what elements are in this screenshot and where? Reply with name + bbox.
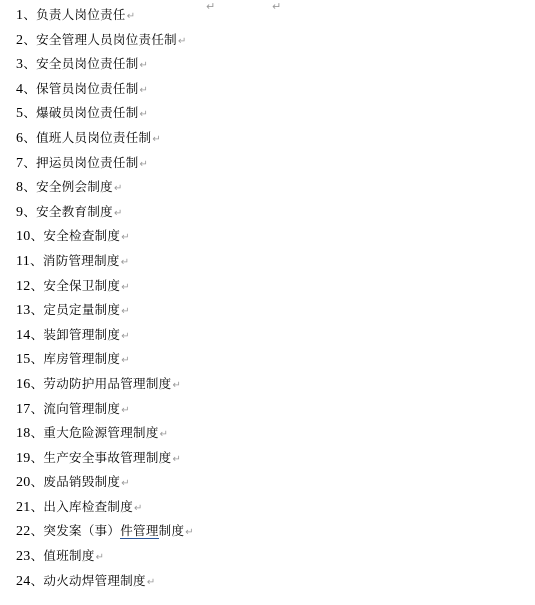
paragraph-mark-icon: ↵ [178,36,187,47]
paragraph-mark-icon: ↵ [121,282,130,293]
paragraph-mark-icon: ↵ [114,208,123,219]
item-separator: 、 [23,204,36,219]
item-number: 24 [16,574,31,589]
paragraph-mark-icon: ↵ [127,11,136,22]
item-text: 废品销毁制度 [43,474,120,489]
list-item[interactable]: 2、安全管理人员岗位责任制↵ [16,28,531,53]
item-number: 20 [16,475,31,490]
list-item[interactable]: 17、流向管理制度↵ [16,397,531,422]
item-separator: 、 [31,548,44,563]
item-text: 劳动防护用品管理制度 [43,376,171,391]
item-separator: 、 [31,450,44,465]
list-item[interactable]: 16、劳动防护用品管理制度↵ [16,372,531,397]
item-number: 13 [16,303,31,318]
item-number: 14 [16,328,31,343]
item-separator: 、 [23,155,36,170]
document-body[interactable]: 1、负责人岗位责任↵2、安全管理人员岗位责任制↵3、安全员岗位责任制↵4、保管员… [16,3,531,593]
list-item[interactable]: 7、押运员岗位责任制↵ [16,151,531,176]
item-separator: 、 [31,499,44,514]
item-separator: 、 [31,302,44,317]
paragraph-mark-icon: ↵ [121,306,130,317]
grammar-check-underline[interactable]: 件管理 [120,523,158,539]
item-text: 安全教育制度 [36,204,113,219]
list-item[interactable]: 19、生产安全事故管理制度↵ [16,446,531,471]
paragraph-mark-icon: ↵ [147,577,156,588]
item-text: 保管员岗位责任制 [36,81,138,96]
item-separator: 、 [31,228,44,243]
paragraph-mark-icon: ↵ [160,429,169,440]
item-separator: 、 [23,105,36,120]
item-number: 16 [16,377,31,392]
item-separator: 、 [31,278,44,293]
item-text: 重大危险源管理制度 [43,425,158,440]
item-number: 12 [16,279,31,294]
item-text: 定员定量制度 [43,302,120,317]
item-number: 11 [16,254,30,269]
paragraph-mark-icon: ↵ [121,478,130,489]
item-text: 流向管理制度 [43,401,120,416]
item-separator: 、 [23,179,36,194]
list-item[interactable]: 20、废品销毁制度↵ [16,470,531,495]
item-text: 负责人岗位责任 [36,7,126,22]
item-separator: 、 [31,573,44,588]
item-text: 安全员岗位责任制 [36,56,138,71]
list-item[interactable]: 15、库房管理制度↵ [16,347,531,372]
item-separator: 、 [23,7,36,22]
list-item[interactable]: 6、值班人员岗位责任制↵ [16,126,531,151]
item-number: 21 [16,500,31,515]
item-text: 值班人员岗位责任制 [36,130,151,145]
list-item[interactable]: 8、安全例会制度↵ [16,175,531,200]
item-separator: 、 [23,32,36,47]
item-separator: 、 [23,81,36,96]
list-item[interactable]: 9、安全教育制度↵ [16,200,531,225]
list-item[interactable]: 11、消防管理制度↵ [16,249,531,274]
paragraph-mark-icon: ↵ [121,405,130,416]
item-number: 19 [16,451,31,466]
item-text: 安全检查制度 [43,228,120,243]
paragraph-mark-icon: ↵ [185,527,194,538]
item-number: 22 [16,524,31,539]
item-text: 安全例会制度 [36,179,113,194]
item-separator: 、 [23,130,36,145]
list-item[interactable]: 18、重大危险源管理制度↵ [16,421,531,446]
item-text: 安全管理人员岗位责任制 [36,32,177,47]
item-separator: 、 [31,401,44,416]
paragraph-mark-icon: ↵ [172,380,181,391]
item-text: 生产安全事故管理制度 [43,450,171,465]
paragraph-mark-icon: ↵ [121,257,130,268]
item-text: 出入库检查制度 [43,499,133,514]
paragraph-mark-icon: ↵ [121,331,130,342]
item-number: 23 [16,549,31,564]
paragraph-mark-icon: ↵ [114,183,123,194]
item-separator: 、 [31,376,44,391]
item-text: 押运员岗位责任制 [36,155,138,170]
list-item[interactable]: 22、突发案（事）件管理制度↵ [16,519,531,544]
item-text: 装卸管理制度 [43,327,120,342]
item-number: 18 [16,426,31,441]
paragraph-mark-icon: ↵ [96,552,105,563]
list-item[interactable]: 12、安全保卫制度↵ [16,274,531,299]
item-separator: 、 [31,523,44,538]
item-separator: 、 [31,327,44,342]
paragraph-mark-icon: ↵ [121,232,130,243]
item-text: 突发案（事） [43,523,120,538]
paragraph-mark-icon: ↵ [134,503,143,514]
item-number: 10 [16,229,31,244]
list-item[interactable]: 1、负责人岗位责任↵ [16,3,531,28]
paragraph-mark-icon: ↵ [121,355,130,366]
list-item[interactable]: 13、定员定量制度↵ [16,298,531,323]
paragraph-mark-icon: ↵ [140,109,149,120]
item-separator: 、 [30,253,43,268]
item-text: 库房管理制度 [43,351,120,366]
paragraph-mark-icon: ↵ [140,85,149,96]
paragraph-mark-icon: ↵ [140,60,149,71]
paragraph-mark-icon: ↵ [152,134,161,145]
item-separator: 、 [23,56,36,71]
item-text: 消防管理制度 [43,253,120,268]
list-item[interactable]: 10、安全检查制度↵ [16,224,531,249]
item-separator: 、 [31,474,44,489]
item-text: 值班制度 [43,548,94,563]
paragraph-mark-icon: ↵ [140,159,149,170]
item-separator: 、 [31,351,44,366]
list-item[interactable]: 5、爆破员岗位责任制↵ [16,101,531,126]
item-text: 动火动焊管理制度 [43,573,145,588]
item-number: 17 [16,402,31,417]
list-item[interactable]: 3、安全员岗位责任制↵ [16,52,531,77]
list-item[interactable]: 23、值班制度↵ [16,544,531,569]
item-text: 安全保卫制度 [43,278,120,293]
item-number: 15 [16,352,31,367]
list-item[interactable]: 24、动火动焊管理制度↵ [16,569,531,594]
item-separator: 、 [31,425,44,440]
list-item[interactable]: 14、装卸管理制度↵ [16,323,531,348]
item-text: 制度 [159,523,185,538]
paragraph-mark-icon: ↵ [172,454,181,465]
list-item[interactable]: 21、出入库检查制度↵ [16,495,531,520]
list-item[interactable]: 4、保管员岗位责任制↵ [16,77,531,102]
item-text: 爆破员岗位责任制 [36,105,138,120]
